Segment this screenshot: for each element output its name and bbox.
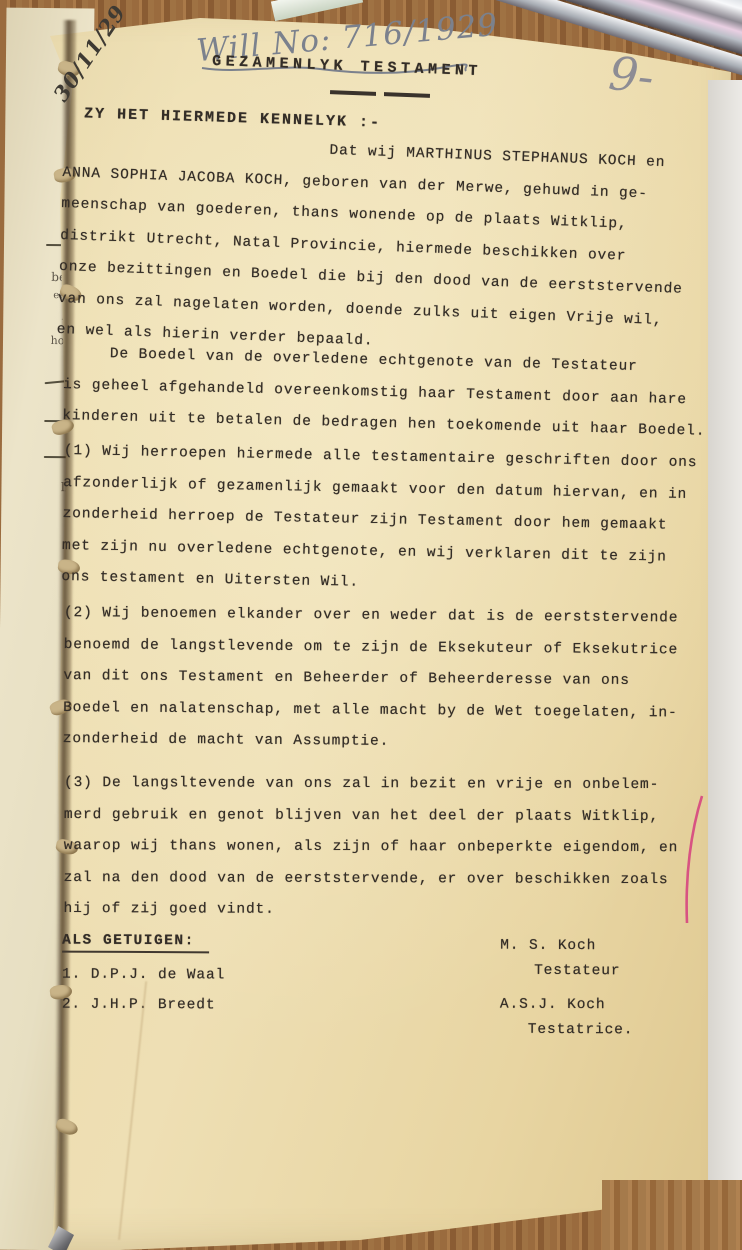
typed-line: zal na den dood van de eerststervende, e… bbox=[64, 869, 712, 903]
typed-line: zonderheid de macht van Assumptie. bbox=[63, 731, 711, 768]
paragraph-clause-2: (2) Wij benoemen elkander over en weder … bbox=[63, 605, 712, 768]
white-page-edge bbox=[708, 80, 742, 1185]
paragraph-estate-settled: De Boedel van de overledene echtgenote v… bbox=[62, 345, 712, 455]
witness-heading: ALS GETUIGEN: bbox=[62, 933, 209, 954]
typed-line: (3) De langsltevende van ons zal in bezi… bbox=[64, 775, 712, 809]
pencil-mark: 9- bbox=[606, 46, 656, 104]
spacer bbox=[500, 979, 634, 989]
testator-signature: M. S. Koch bbox=[500, 938, 634, 955]
typed-line: hij of zij goed vindt. bbox=[63, 901, 711, 935]
typed-line: waarop wij thans wonen, als zijn of haar… bbox=[64, 838, 712, 872]
paragraph-clause-3: (3) De langsltevende van ons zal in bezi… bbox=[63, 775, 712, 935]
testator-role: Testateur bbox=[500, 963, 634, 980]
paragraph-clause-1: (1) Wij herroepen hiermede alle testamen… bbox=[61, 443, 712, 613]
signature-section: M. S. Koch Testateur A.S.J. Koch Testatr… bbox=[500, 938, 634, 1039]
paragraph-intro: Dat wij MARTHINUS STEPHANUS KOCH en ANNA… bbox=[56, 133, 712, 377]
desk-corner bbox=[602, 1180, 742, 1250]
witness-1: 1. D.P.J. de Waal bbox=[62, 967, 225, 984]
typed-line: merd gebruik en genot blijven van het de… bbox=[64, 806, 712, 840]
margin-highlight-line bbox=[678, 793, 708, 928]
testatrix-role: Testatrice. bbox=[500, 1022, 634, 1039]
testatrix-signature: A.S.J. Koch bbox=[500, 997, 634, 1014]
scanned-will-document: aw oll berty, ere en t of, hoor!) lief. … bbox=[0, 0, 742, 1250]
